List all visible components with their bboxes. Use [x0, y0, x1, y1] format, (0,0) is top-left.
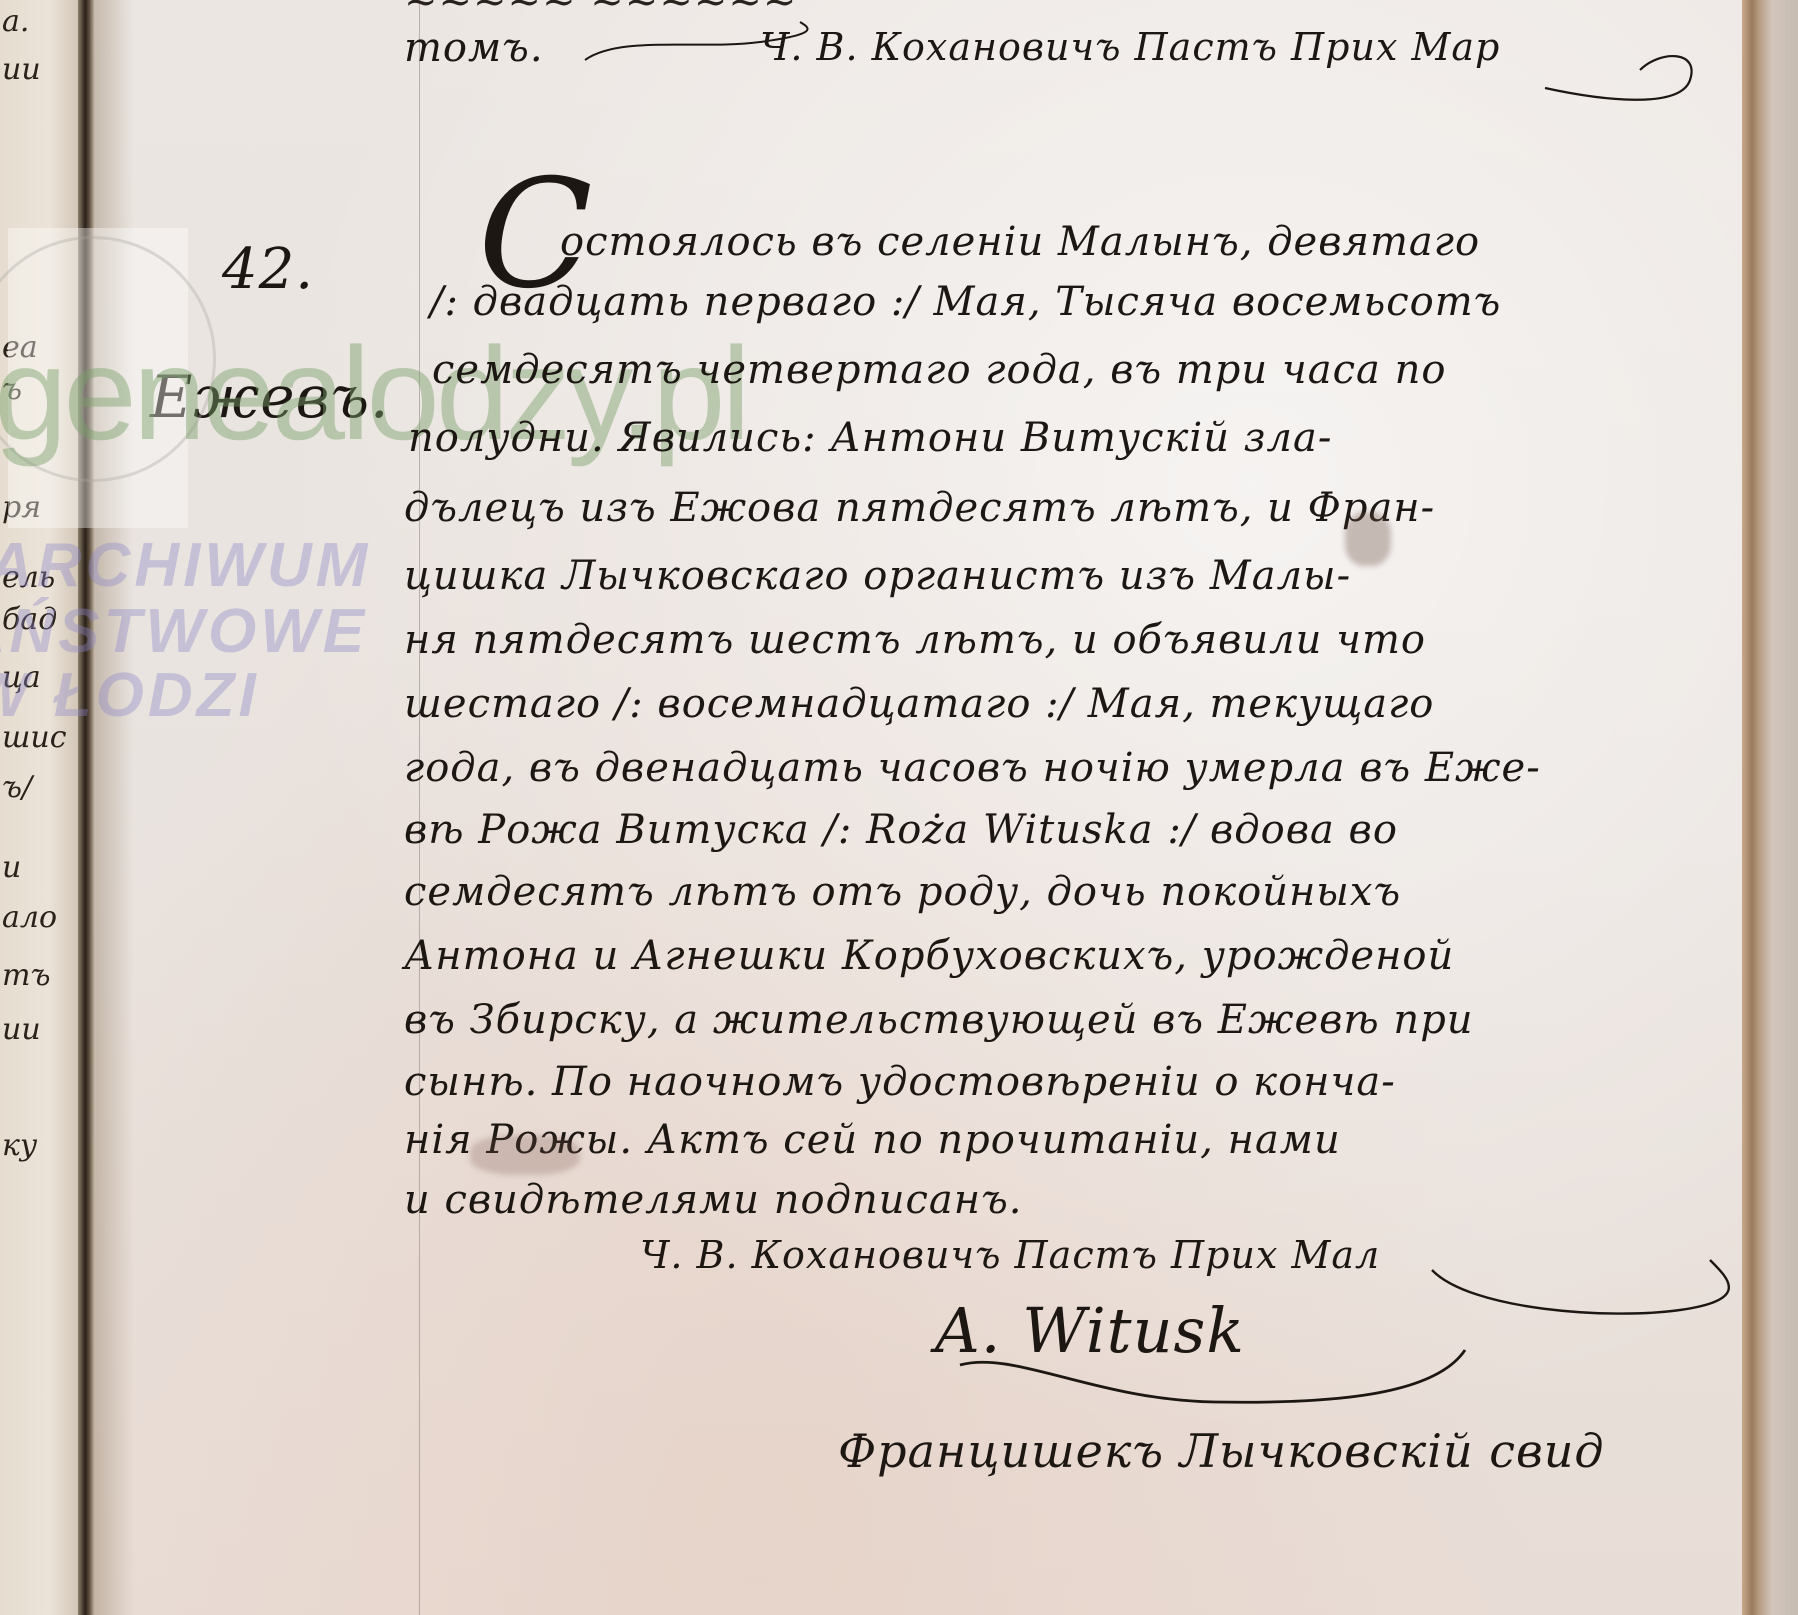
archive-watermark-line-2: PAŃSTWOWE	[0, 596, 368, 667]
archive-watermark-line-3: W ŁODZI	[0, 660, 260, 731]
body-line: дълецъ изъ Ежова пятдесятъ лѣтъ, и Фран-	[404, 488, 1435, 528]
left-fragment: ало	[2, 900, 57, 935]
left-fragment: ии	[2, 1012, 41, 1047]
left-fragment: а.	[2, 4, 29, 39]
body-line: ня пятдесятъ шестъ лѣтъ, и объявили что	[404, 620, 1426, 660]
body-line: сынѣ. По наочномъ удостовѣреніи о конча-	[404, 1062, 1396, 1102]
left-fragment: тъ	[2, 958, 50, 993]
body-line: полудни. Явились: Антони Витускій зла-	[408, 418, 1332, 458]
left-fragment: ии	[2, 52, 41, 87]
entry-number: 42.	[222, 242, 314, 298]
signature-flourish-icon	[1430, 1240, 1730, 1330]
body-line: въ Збирску, а жительствующей въ Ежевѣ пр…	[404, 1000, 1474, 1040]
body-line: года, въ двенадцать часовъ ночію умерла …	[404, 748, 1541, 788]
left-fragment: ку	[2, 1128, 37, 1163]
body-line: шестаго /: восемнадцатаго :/ Мая, текуща…	[404, 684, 1434, 724]
document-scan: а. ии еа ъ ря ель бад ца шис ъ/ и ало тъ…	[0, 0, 1798, 1615]
archive-watermark-line-1: ARCHIWUM	[0, 530, 371, 601]
body-line: и свидѣтелями подписанъ.	[404, 1180, 1022, 1220]
priest-signature: Ч. В. Кохановичъ Пастъ Прих Мал	[640, 1236, 1380, 1274]
underline-flourish-icon	[955, 1340, 1475, 1430]
body-line: остоялось въ селеніи Малынъ, девятаго	[560, 222, 1480, 262]
page-edge-right	[1742, 0, 1798, 1615]
witness-signature-2: Францишекъ Лычковскій свид	[838, 1428, 1605, 1474]
body-line: семдесятъ четвертаго года, въ три часа п…	[432, 350, 1446, 390]
body-line: цишка Лычковскаго органистъ изъ Малы-	[404, 556, 1351, 596]
ink-smudge	[1345, 512, 1391, 566]
left-fragment: и	[2, 850, 21, 885]
ink-smudge	[470, 1135, 580, 1175]
body-line: семдесятъ лѣтъ отъ роду, дочь покойныхъ	[404, 872, 1401, 912]
cut-off-line: ~~~~~ ~~~~~~	[404, 0, 797, 22]
body-line: Антона и Агнешки Корбуховскихъ, урождено…	[404, 936, 1454, 976]
previous-entry-signature: Ч. В. Кохановичъ Пастъ Прих Мар	[760, 28, 1500, 66]
left-fragment: ъ/	[2, 770, 32, 805]
body-line: вѣ Рожа Витуска /: Roża Wituska :/ вдова…	[404, 810, 1398, 850]
body-line: /: двадцать перваго :/ Мая, Тысяча восем…	[430, 282, 1501, 322]
previous-entry-ending: томъ.	[404, 28, 544, 68]
signature-flourish-icon	[1540, 40, 1700, 110]
